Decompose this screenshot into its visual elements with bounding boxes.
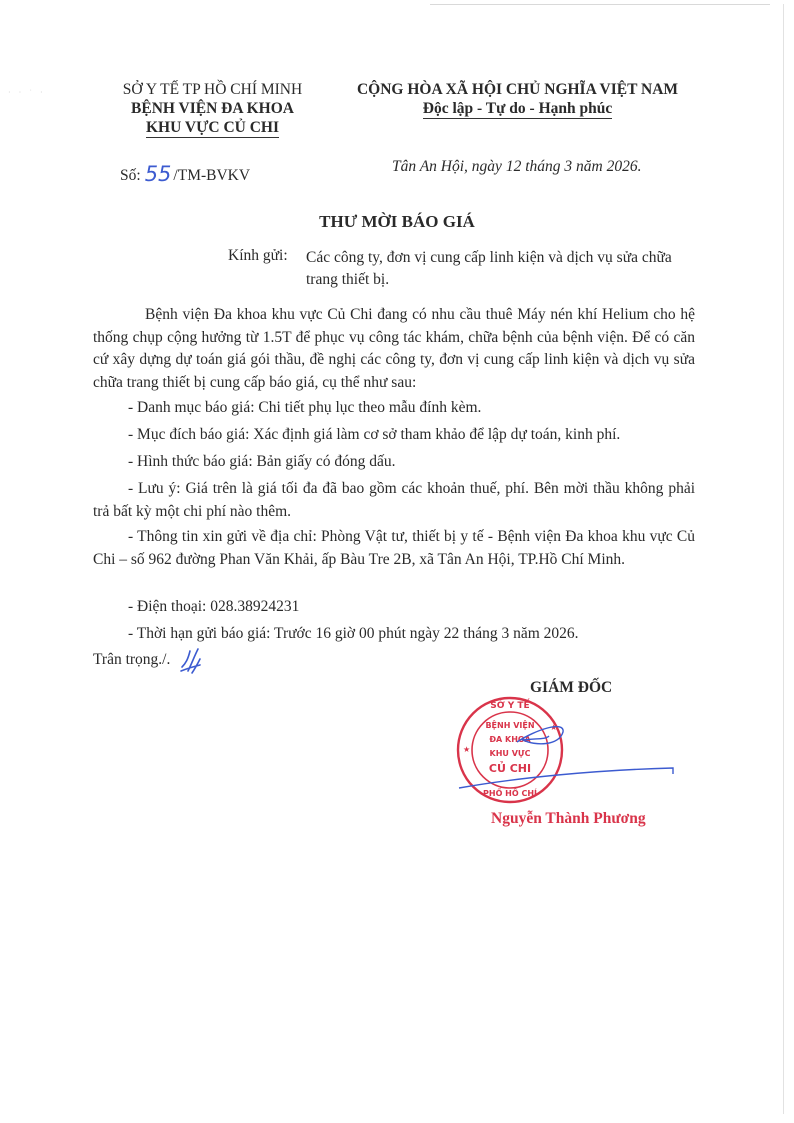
national-name: CỘNG HÒA XÃ HỘI CHỦ NGHĨA VIỆT NAM (345, 80, 690, 99)
official-stamp-icon: SỞ Y TẾ BỆNH VIỆN ĐA KHOA KHU VỰC CỦ CHI… (455, 690, 685, 815)
scan-edge-right (783, 4, 784, 1114)
list-item: - Lưu ý: Giá trên là giá tối đa đã bao g… (93, 478, 695, 523)
scan-edge-top (430, 4, 770, 5)
list-item: - Mục đích báo giá: Xác định giá làm cơ … (93, 424, 695, 447)
document-number: Số:55/TM-BVKV (120, 161, 250, 185)
list-item: - Thông tin xin gửi về địa chỉ: Phòng Vậ… (93, 526, 695, 571)
list-item: - Thời hạn gửi báo giá: Trước 16 giờ 00 … (93, 623, 695, 646)
list-item: - Điện thoại: 028.38924231 (93, 596, 695, 619)
handwritten-number: 55 (145, 162, 172, 186)
scan-noise: · · ˙ · (8, 88, 46, 97)
issuer-hospital: BỆNH VIỆN ĐA KHOA (95, 99, 330, 118)
svg-text:KHU VỰC: KHU VỰC (490, 749, 531, 758)
document-date: Tân An Hội, ngày 12 tháng 3 năm 2026. (392, 158, 641, 176)
svg-text:CỦ CHI: CỦ CHI (489, 761, 531, 775)
list-item: - Hình thức báo giá: Bản giấy có đóng dấ… (93, 451, 695, 474)
svg-text:BỆNH VIỆN: BỆNH VIỆN (485, 720, 534, 730)
list-item: - Danh mục báo giá: Chi tiết phụ lục the… (93, 397, 695, 420)
intro-paragraph: Bệnh viện Đa khoa khu vực Củ Chi đang có… (93, 304, 695, 394)
national-motto: Độc lập - Tự do - Hạnh phúc (345, 99, 690, 118)
national-header: CỘNG HÒA XÃ HỘI CHỦ NGHĨA VIỆT NAM Độc l… (345, 80, 690, 118)
signer-name: Nguyễn Thành Phương (491, 810, 646, 828)
issuer-department: SỞ Y TẾ TP HỒ CHÍ MINH (95, 80, 330, 99)
recipient-label: Kính gửi: (228, 247, 288, 265)
issuer-header: SỞ Y TẾ TP HỒ CHÍ MINH BỆNH VIỆN ĐA KHOA… (95, 80, 330, 137)
closing-text: Trân trọng./. (93, 651, 170, 669)
document-title: THƯ MỜI BÁO GIÁ (0, 212, 794, 232)
recipient-text: Các công ty, đơn vị cung cấp linh kiện v… (306, 247, 686, 291)
initials-mark-icon (178, 645, 204, 675)
issuer-region: KHU VỰC CỦ CHI (95, 118, 330, 137)
svg-text:★: ★ (463, 745, 470, 754)
